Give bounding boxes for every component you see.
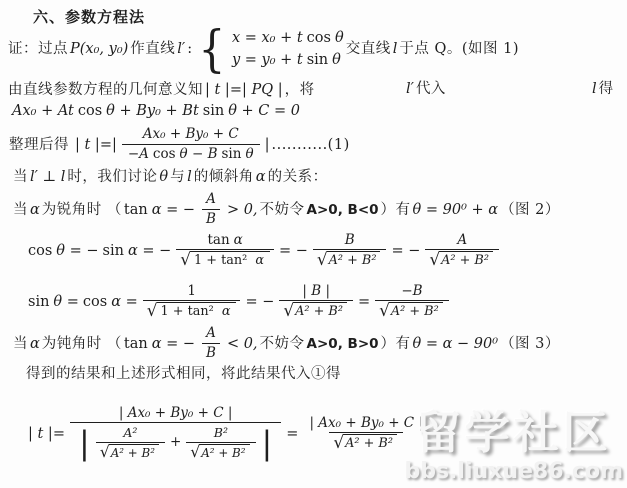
tan-fraction: tan α √ 1 + tan² α (176, 232, 274, 270)
tan-fn: tan (124, 335, 148, 353)
closing-bar: | (265, 136, 270, 154)
perpendicular-line: 当 l′ ⊥ l 时，我们讨论 θ 与 l 的倾斜角 α 的关系： (13, 168, 328, 186)
tall-bar-left: | (79, 427, 90, 459)
theta-var: θ (335, 29, 344, 47)
tan-frac-num: tan α (201, 232, 248, 250)
into-l-get: l 得 (590, 80, 614, 98)
perp-t1: 当 (13, 168, 28, 186)
sqrt-expression: √ A² + B² (429, 251, 495, 270)
plus-sign: + (170, 434, 181, 452)
sin-eq4: = (358, 293, 370, 311)
acute-t2: 为锐角时 （ (42, 201, 122, 219)
frac-den: √ A² + B² (425, 249, 499, 270)
proof-prefix: 证：过点 (8, 40, 68, 58)
frac-num-one: 1 (183, 283, 200, 301)
sin-fn: sin (28, 293, 49, 311)
obtuse-sign-conditions: A>0, B>0 (307, 336, 379, 353)
parametric-system: x = x₀ + t cos θ y = y₀ + t sin θ (230, 29, 346, 69)
theta-var: θ (159, 168, 168, 186)
radicand: A² + B² (389, 302, 443, 321)
acute-assume: 不妨令 (260, 201, 305, 219)
line-l: l (187, 168, 192, 186)
frac-den: √ A² + B² (279, 300, 353, 321)
final-denominator: | A² √ A² + B² + B² √ (70, 422, 281, 463)
frac-num: −B (397, 283, 426, 301)
frac-num: B (341, 232, 359, 250)
final-numerator: | Ax₀ + By₀ + C | (115, 405, 237, 423)
radicand: 1 + tan² α (157, 302, 237, 321)
final-denominator-2: √ A² + B² (329, 432, 403, 453)
t-equals-pq: | t |=| PQ | (205, 81, 283, 99)
den-term2: θ − B (180, 146, 218, 164)
line-l-prime: l′ (406, 80, 414, 98)
system-brace: { (199, 24, 226, 74)
frac-den: √ A² + B² (186, 442, 255, 461)
tan-fn: tan (124, 201, 148, 219)
b-over-root-fraction: B √ A² + B² (313, 232, 387, 270)
sqrt-expression: √ A² + B² (333, 434, 399, 453)
den-term1: −A (128, 146, 149, 164)
a-over-root-fraction: A √ A² + B² (425, 232, 499, 270)
colon: : (187, 40, 192, 58)
final-big-fraction: | Ax₀ + By₀ + C | | A² √ A² + B² + B² (70, 405, 281, 463)
perp-t3: 与 (170, 168, 185, 186)
den-term3: θ (245, 146, 253, 164)
parametric-eq-y: y = y₀ + t sin θ (230, 51, 346, 69)
perp-t5: 的关系： (268, 168, 328, 186)
final-lhs: | t |= (28, 425, 65, 443)
sqrt-expression: √ 1 + tan² α (147, 302, 237, 321)
sqrt-expression: √ 1 + tan² α (180, 251, 270, 270)
frac-num-a: A (202, 191, 220, 209)
acute-eq: α = − (152, 201, 195, 219)
acute-case-line: 当 α 为锐角时 （ tan α = − A B > 0, 不妨令 A>0, B… (13, 191, 560, 229)
radicand: A² + B² (199, 444, 249, 461)
substitute-l-prime: l′ 代入 (404, 80, 446, 98)
line-l-prime: l′ (177, 40, 185, 58)
meaning-line: 由直线参数方程的几何意义知 | t |=| PQ | ，将 l′ 代入 l 得 (8, 80, 623, 100)
sin-eq2: α = (111, 293, 138, 311)
frac-num: A² (119, 425, 141, 441)
radicand: A² + B² (439, 251, 493, 270)
frac-den: √ A² + B² (375, 300, 449, 321)
obtuse-assume: 不妨令 (260, 335, 305, 353)
expand-term2: θ + By₀ + Bt (106, 102, 199, 120)
final-equals: = (286, 425, 298, 443)
tan-fn: tan (207, 232, 229, 250)
obtuse-t4: ）有 (381, 335, 411, 353)
sin-eq3: = − (245, 293, 274, 311)
frac-den: √ A² + B² (96, 442, 165, 461)
abs-b-over-root-fraction: | B | √ A² + B² (279, 283, 353, 321)
figure-2-ref: （图 2） (500, 201, 560, 219)
radicand-text: 1 + tan² (194, 253, 247, 268)
sin-fn: sin (222, 146, 242, 164)
frac-den: √ A² + B² (313, 249, 387, 270)
alpha-var: α (234, 232, 243, 250)
acute-gt-zero: > 0, (227, 201, 258, 219)
sin-eq1: θ = (53, 293, 79, 311)
radicand: A² + B² (293, 302, 347, 321)
obtuse-t1: 当 (13, 335, 28, 353)
frac-num-a: A (202, 325, 220, 343)
one-over-root-fraction: 1 √ 1 + tan² α (143, 283, 241, 321)
tall-bar-right: | (262, 427, 273, 459)
obtuse-lt-zero: < 0, (227, 335, 258, 353)
meaning-prefix: 由直线参数方程的几何意义知 (8, 81, 203, 99)
frac-den-b: B (202, 209, 220, 229)
proof-intro-line: 证：过点 P(x₀, y₀) 作直线 l′ : { x = x₀ + t cos… (8, 24, 519, 74)
alpha-var: α (222, 304, 231, 319)
frac-num: A (453, 232, 471, 250)
obtuse-case-line: 当 α 为钝角时 （ tan α = − A B < 0, 不妨令 A>0, B… (13, 323, 560, 365)
arrange-lhs: | t |=| (75, 136, 117, 154)
alpha-var: α (255, 253, 264, 268)
l-perp-l: l′ ⊥ l (30, 168, 65, 186)
a2-over-root-fraction: A² √ A² + B² (96, 425, 165, 461)
radicand-text: 1 + tan² (161, 304, 214, 319)
cos-fn: cos (83, 293, 107, 311)
sqrt-expression: √ A² + B² (283, 302, 349, 321)
neg-b-over-root-fraction: −B √ A² + B² (375, 283, 449, 321)
frac-num: B² (210, 425, 232, 441)
arrange-prefix: 整理后得 (9, 136, 69, 154)
equation-number: ...........(1) (271, 136, 349, 154)
acute-sign-conditions: A>0, B<0 (307, 202, 379, 219)
a-over-b-fraction: A B (200, 191, 222, 228)
cos-eq3: = − (279, 242, 308, 260)
cos-theta-line: cos θ = − sin α = − tan α √ 1 + tan² α =… (26, 227, 502, 275)
cos-fn: cos (28, 242, 52, 260)
sqrt-expression: √ A² + B² (100, 444, 161, 461)
cos-eq2: α = − (128, 242, 171, 260)
conclusion-text: 得到的结果和上述形式相同，将此结果代入①得 (26, 365, 341, 383)
alpha-var: α (256, 168, 266, 186)
sin-fn: sin (307, 51, 328, 69)
acute-t4: ）有 (381, 201, 411, 219)
cos-fn: cos (153, 146, 176, 164)
perp-t4: 的倾斜角 (194, 168, 254, 186)
proof-tail: 于点 Q。(如图 1) (399, 40, 519, 58)
sin-fn: sin (103, 242, 124, 260)
frac-num: | B | (298, 283, 334, 301)
parametric-eq-x: x = x₀ + t cos θ (230, 29, 346, 47)
radicand: A² + B² (109, 444, 159, 461)
b2-over-root-fraction: B² √ A² + B² (186, 425, 255, 461)
get-label: 得 (599, 80, 614, 98)
obtuse-eq: α = − (152, 335, 195, 353)
watermark: 留学社区 bbs.liuxue86.com (404, 396, 623, 484)
radicand: A² + B² (343, 434, 397, 453)
sqrt-expression: √ A² + B² (190, 444, 251, 461)
arrange-denominator: −A cos θ − B sin θ (122, 144, 260, 164)
eq-x-left: x = x₀ + t (232, 29, 303, 47)
meaning-mid: ，将 (285, 81, 315, 99)
sqrt-expression: √ A² + B² (379, 302, 445, 321)
arrange-fraction: Ax₀ + By₀ + C −A cos θ − B sin θ (122, 126, 260, 163)
final-formula-line: | t |= | Ax₀ + By₀ + C | | A² √ A² + B² … (26, 390, 432, 478)
figure-3-ref: （图 3） (500, 335, 560, 353)
alpha-var: α (30, 335, 40, 353)
cos-fn: cos (307, 29, 331, 47)
arrange-numerator: Ax₀ + By₀ + C (139, 126, 243, 144)
obtuse-t2: 为钝角时 （ (42, 335, 122, 353)
expanded-equation-line: Ax₀ + At cos θ + By₀ + Bt sin θ + C = 0 (10, 102, 302, 120)
watermark-url: bbs.liuxue86.com (404, 459, 623, 484)
radicand: A² + B² (327, 251, 381, 270)
acute-t1: 当 (13, 201, 28, 219)
expand-term3: θ + C = 0 (228, 102, 300, 120)
watermark-title: 留学社区 (404, 396, 623, 461)
eq-y-left: y = y₀ + t (232, 51, 303, 69)
sin-fn: sin (203, 102, 224, 120)
theta-result: θ = 90⁰ + α (413, 201, 499, 219)
sqrt-expression: √ A² + B² (317, 251, 383, 270)
point-p: P(x₀, y₀) (70, 40, 128, 58)
a-over-b-fraction: A B (200, 325, 222, 362)
frac-den: √ 1 + tan² α (143, 300, 241, 321)
alpha-var: α (30, 201, 40, 219)
proof-post: 交直线 (346, 40, 391, 58)
document-page: 六、参数方程法 证：过点 P(x₀, y₀) 作直线 l′ : { x = x₀… (0, 0, 627, 488)
cos-eq1: θ = − (56, 242, 98, 260)
theta-result: θ = α − 90⁰ (413, 335, 499, 353)
line-l: l (393, 40, 398, 58)
expand-term1: Ax₀ + At (12, 102, 74, 120)
frac-den-b: B (202, 343, 220, 363)
cos-fn: cos (78, 102, 102, 120)
arranged-result-line: 整理后得 | t |=| Ax₀ + By₀ + C −A cos θ − B … (9, 124, 350, 166)
line-l: l (592, 80, 597, 98)
proof-mid: 作直线 (130, 40, 175, 58)
substitute-label: 代入 (416, 80, 446, 98)
theta-var: θ (332, 51, 341, 69)
tan-frac-den: √ 1 + tan² α (176, 249, 274, 270)
conclusion-line: 得到的结果和上述形式相同，将此结果代入①得 (26, 365, 341, 383)
sin-theta-line: sin θ = cos α = 1 √ 1 + tan² α = − | B |… (26, 279, 452, 325)
radicand: 1 + tan² α (190, 251, 270, 270)
cos-eq4: = − (391, 242, 420, 260)
perp-t2: 时，我们讨论 (67, 168, 157, 186)
